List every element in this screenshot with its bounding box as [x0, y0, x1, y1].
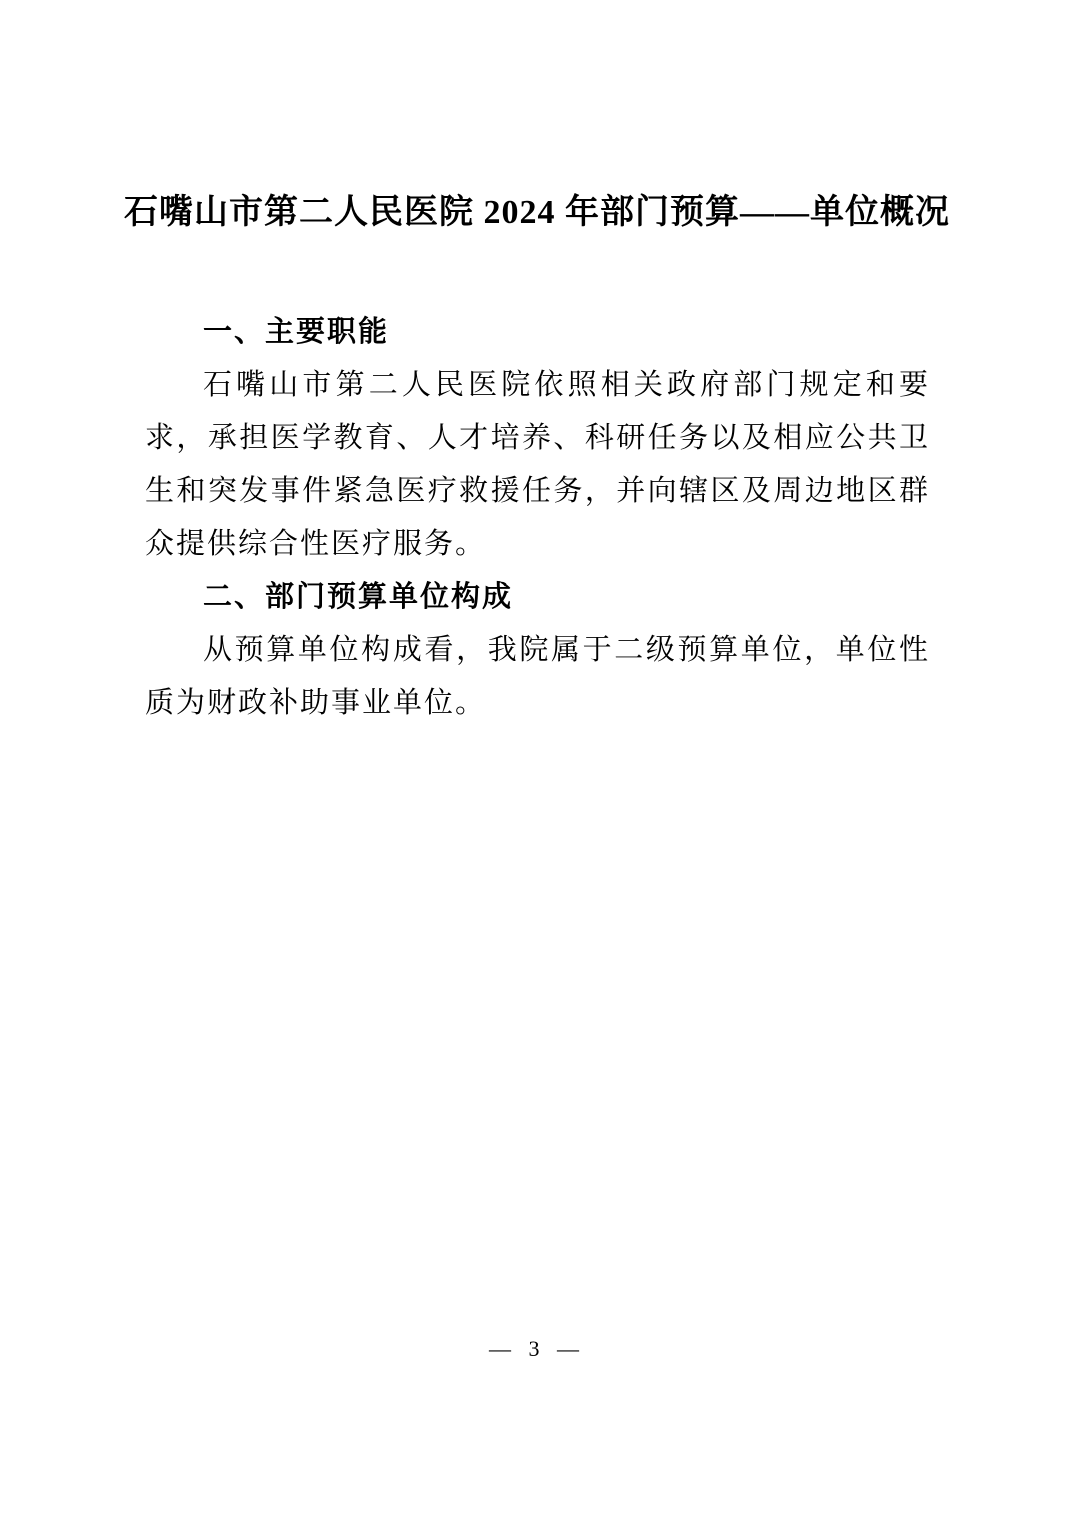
document-page: 石嘴山市第二人民医院 2024 年部门预算——单位概况 一、主要职能 石嘴山市第… [0, 0, 1074, 1520]
page-number: — 3 — [0, 1336, 1074, 1362]
section-2-heading: 二、部门预算单位构成 [145, 571, 930, 624]
page-title: 石嘴山市第二人民医院 2024 年部门预算——单位概况 [0, 0, 1074, 236]
section-1-heading: 一、主要职能 [145, 306, 930, 359]
section-2-paragraph: 从预算单位构成看，我院属于二级预算单位，单位性质为财政补助事业单位。 [145, 624, 930, 730]
document-body: 一、主要职能 石嘴山市第二人民医院依照相关政府部门规定和要求，承担医学教育、人才… [145, 306, 930, 730]
section-1-paragraph: 石嘴山市第二人民医院依照相关政府部门规定和要求，承担医学教育、人才培养、科研任务… [145, 359, 930, 571]
